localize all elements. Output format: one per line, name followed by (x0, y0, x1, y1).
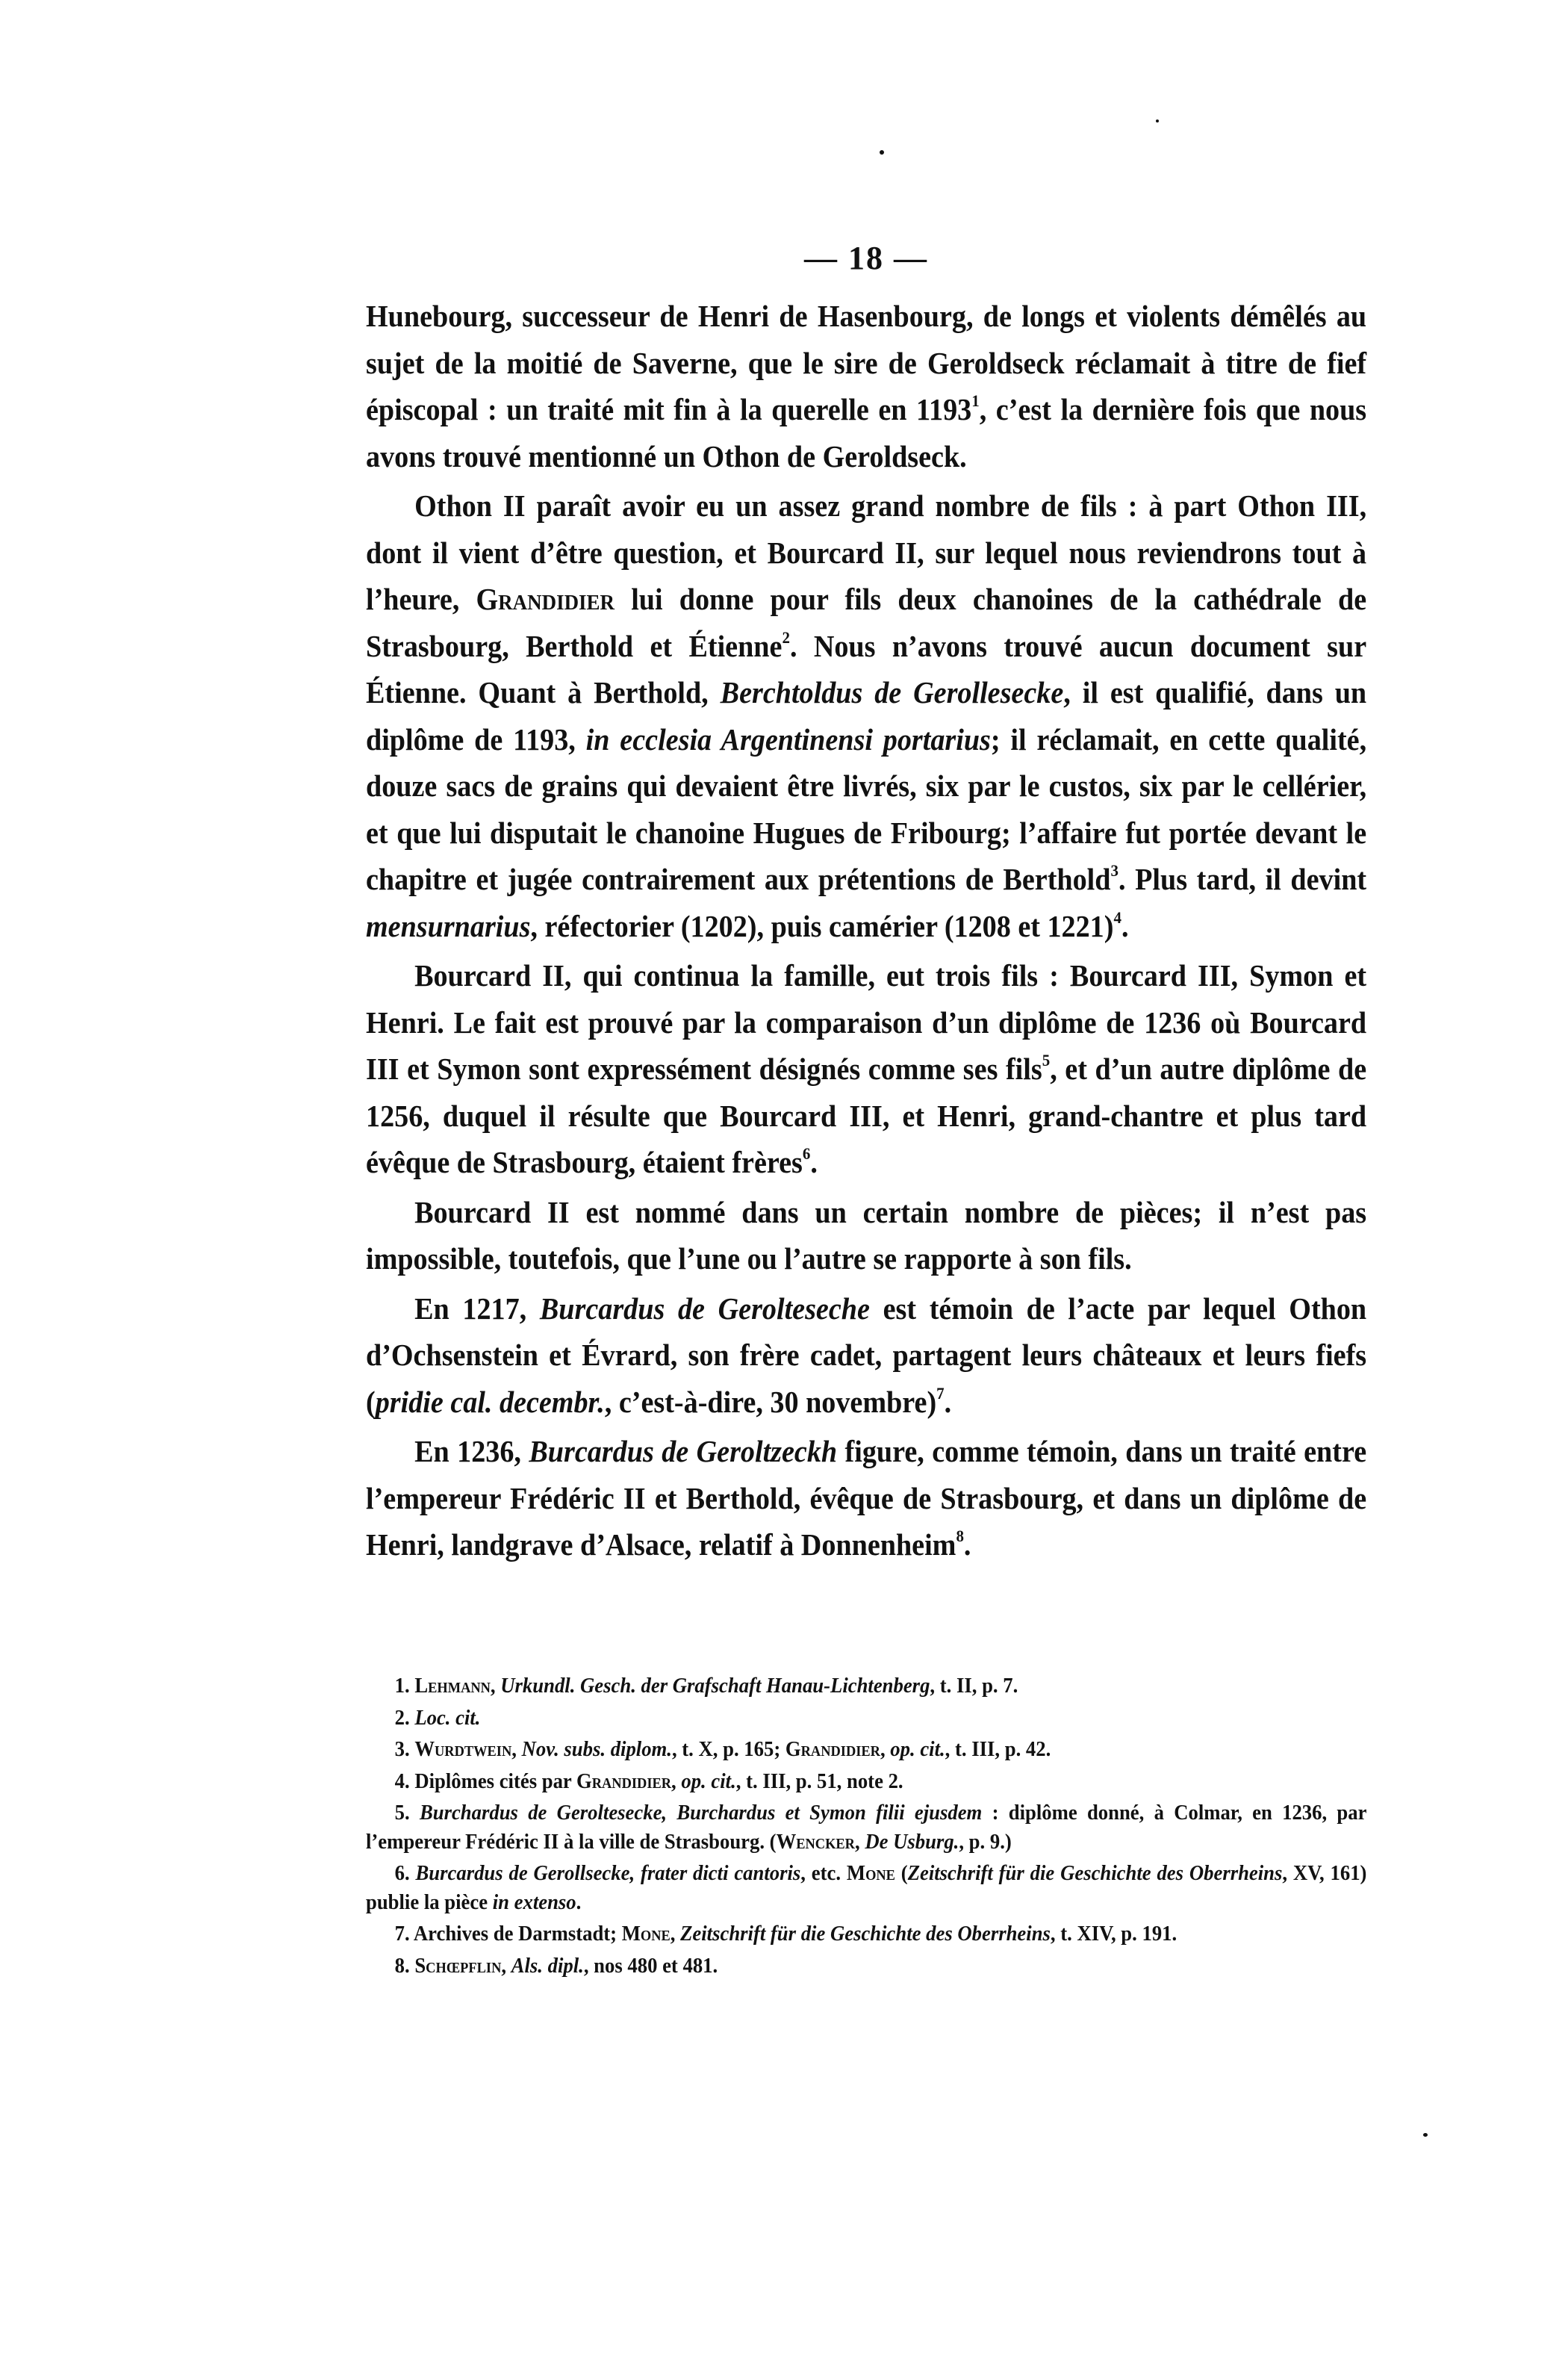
italic-text: in ecclesia Argentinensi portarius (586, 722, 991, 757)
footnote-number: 3. (395, 1737, 415, 1761)
author-name: Grandidier (476, 582, 615, 616)
author-name: Grandidier (785, 1737, 880, 1761)
text-run: . (1121, 909, 1129, 943)
author-name: Grandidier (576, 1769, 671, 1793)
paragraph: En 1236, Burcardus de Geroltzeckh figure… (366, 1428, 1366, 1568)
text-run: , t. X, p. 165; (672, 1737, 785, 1761)
italic-text: Als. dipl. (511, 1954, 584, 1978)
author-name: Mone (622, 1922, 671, 1946)
italic-text: Burcardus de Gerolteseche (540, 1291, 870, 1326)
footnote-ref: 7 (936, 1383, 944, 1402)
footnote-number: 4. (395, 1769, 415, 1793)
italic-text: mensurnarius (366, 909, 530, 943)
italic-text: Zeitschrift für die Geschichte des Oberr… (908, 1861, 1283, 1885)
scan-speck (1156, 119, 1159, 122)
italic-text: Loc. cit. (414, 1706, 480, 1730)
text-run: . (810, 1145, 818, 1179)
italic-text: Urkundl. Gesch. der Grafschaft Hanau-Lic… (500, 1674, 930, 1698)
footnote-number: 7. (395, 1922, 414, 1946)
footnotes: 1. Lehmann, Urkundl. Gesch. der Grafscha… (366, 1671, 1366, 1983)
footnote-number: 2. (395, 1706, 415, 1730)
italic-text: in extenso (493, 1890, 576, 1914)
footnote-ref: 8 (956, 1527, 963, 1545)
text-run: , (855, 1830, 865, 1854)
text-run: . (945, 1385, 952, 1419)
italic-text: op. cit. (890, 1737, 945, 1761)
text-run: Archives de Darmstadt; (414, 1922, 622, 1946)
text-run: , (880, 1737, 890, 1761)
scan-speck (1423, 2133, 1428, 2137)
footnote-ref: 3 (1110, 861, 1118, 880)
paragraph: Hunebourg, successeur de Henri de Hasenb… (366, 293, 1366, 479)
footnote-ref: 2 (782, 627, 789, 646)
paragraph: Bourcard II, qui continua la famille, eu… (366, 952, 1366, 1186)
author-name: Mone (847, 1861, 895, 1885)
footnote-number: 5. (395, 1801, 420, 1825)
italic-text: op. cit. (681, 1769, 735, 1793)
text-run: . Plus tard, il devint (1119, 862, 1366, 896)
text-run: , (671, 1922, 680, 1946)
text-run: En 1236, (414, 1434, 529, 1468)
footnote-number: 6. (395, 1861, 416, 1885)
italic-text: Burchardus de Geroltesecke, Burchardus e… (420, 1801, 982, 1825)
footnote-ref: 1 (971, 391, 979, 410)
text-run: , t. XIV, p. 191. (1051, 1922, 1177, 1946)
italic-text: Zeitschrift für die Geschichte des Oberr… (680, 1922, 1051, 1946)
text-run: , (501, 1954, 511, 1978)
footnote: 5. Burchardus de Geroltesecke, Burchardu… (366, 1798, 1366, 1856)
author-name: Schœpflin (414, 1954, 501, 1978)
footnote: 3. Wurdtwein, Nov. subs. diplom., t. X, … (366, 1735, 1366, 1764)
text-run: , (511, 1737, 521, 1761)
footnote: 8. Schœpflin, Als. dipl., nos 480 et 481… (366, 1952, 1366, 1981)
text-run: , (671, 1769, 681, 1793)
italic-text: Burcardus de Gerollsecke, frater dicti c… (416, 1861, 801, 1885)
footnote: 7. Archives de Darmstadt; Mone, Zeitschr… (366, 1919, 1366, 1949)
footnote-number: 8. (395, 1954, 415, 1978)
text-run: , réfectorier (1202), puis camérier (120… (530, 909, 1113, 943)
footnote-ref: 4 (1113, 907, 1121, 926)
main-text: Hunebourg, successeur de Henri de Hasenb… (366, 293, 1366, 1568)
footnote-number: 1. (395, 1674, 415, 1698)
footnote: 2. Loc. cit. (366, 1704, 1366, 1733)
italic-text: pridie cal. decembr. (376, 1385, 605, 1419)
text-run: Bourcard II est nommé dans un certain no… (366, 1195, 1366, 1276)
footnote: 4. Diplômes cités par Grandidier, op. ci… (366, 1767, 1366, 1796)
text-run: Diplômes cités par (414, 1769, 576, 1793)
text-run: , p. 9.) (959, 1830, 1011, 1854)
italic-text: Berchtoldus de Gerollesecke (721, 675, 1064, 710)
paragraph: Bourcard II est nommé dans un certain no… (366, 1189, 1366, 1282)
italic-text: Burcardus de Geroltzeckh (529, 1434, 837, 1468)
text-run: , t. II, p. 7. (930, 1674, 1018, 1698)
page-number: — 18 — (366, 239, 1366, 277)
text-run: En 1217, (414, 1291, 540, 1326)
footnote-ref: 5 (1042, 1051, 1050, 1069)
author-name: Lehmann (414, 1674, 491, 1698)
text-run: . (576, 1890, 582, 1914)
italic-text: Nov. subs. diplom. (522, 1737, 672, 1761)
text-run: , t. III, p. 51, note 2. (736, 1769, 903, 1793)
italic-text: De Usburg. (865, 1830, 959, 1854)
text-run: , t. III, p. 42. (945, 1737, 1051, 1761)
text-run: . (964, 1527, 971, 1562)
text-run: , nos 480 et 481. (584, 1954, 718, 1978)
footnote: 1. Lehmann, Urkundl. Gesch. der Grafscha… (366, 1671, 1366, 1701)
scan-speck (880, 150, 884, 155)
paragraph: En 1217, Burcardus de Gerolteseche est t… (366, 1285, 1366, 1426)
text-run: , etc. (800, 1861, 847, 1885)
text-run: , (491, 1674, 500, 1698)
author-name: Wurdtwein (414, 1737, 511, 1761)
text-run: ( (895, 1861, 908, 1885)
paragraph: Othon II paraît avoir eu un assez grand … (366, 482, 1366, 949)
author-name: Wencker (777, 1830, 855, 1854)
footnote: 6. Burcardus de Gerollsecke, frater dict… (366, 1859, 1366, 1916)
text-run: , c’est-à-dire, 30 novembre) (605, 1385, 936, 1419)
footnote-ref: 6 (803, 1144, 810, 1163)
